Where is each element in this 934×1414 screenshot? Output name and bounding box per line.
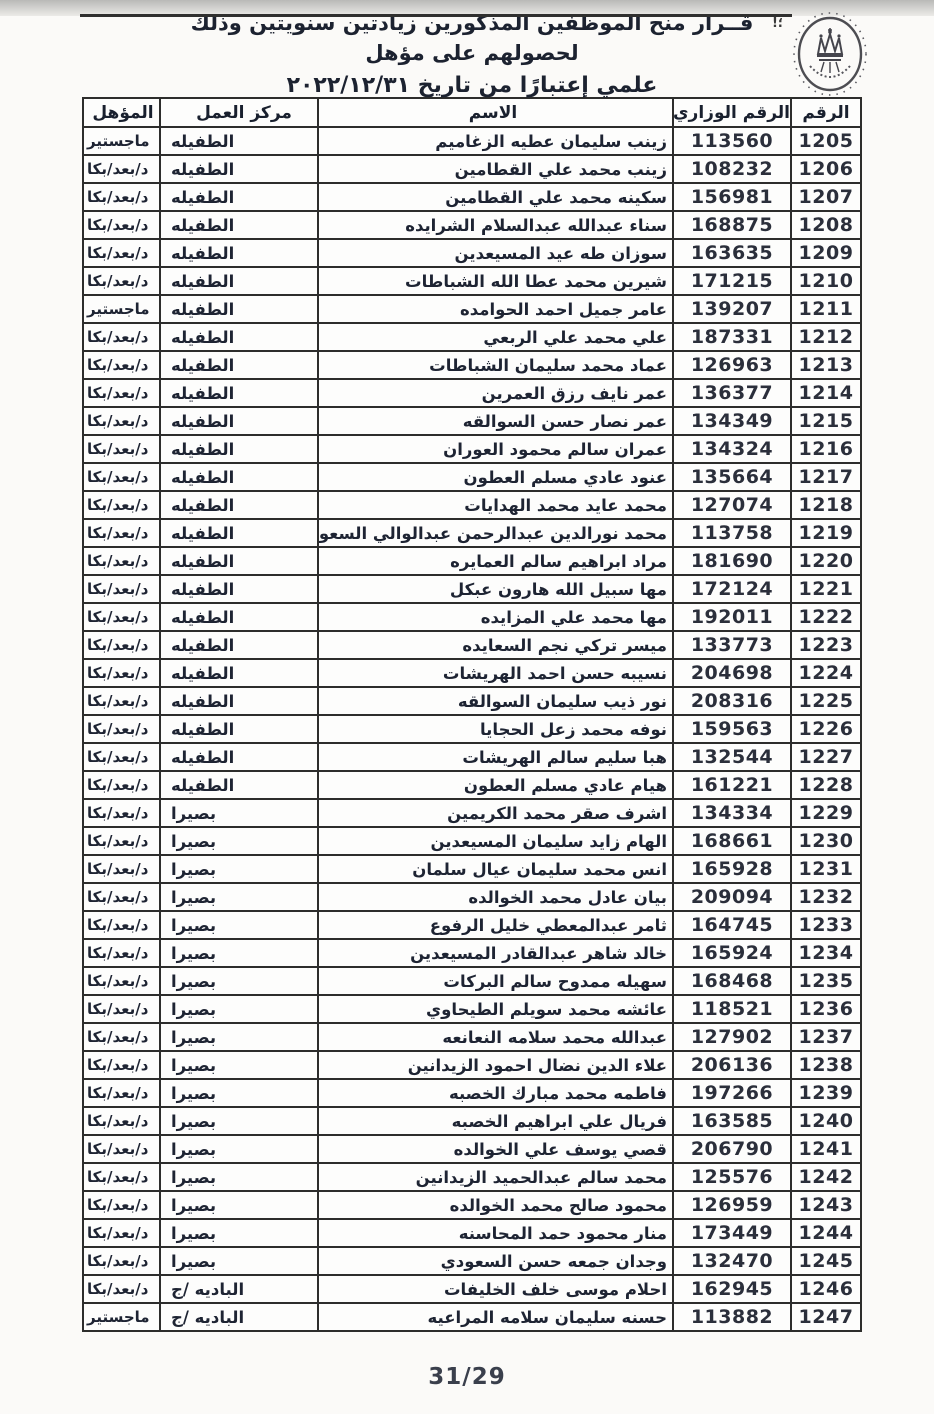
scan-top-rule: [80, 14, 792, 17]
decree-title: قــرار منح الموظفين المذكورين زيادتين سن…: [160, 8, 784, 102]
cell-qualification: د/بعد/بكا: [83, 491, 160, 519]
cell-num: 1246: [791, 1275, 861, 1303]
cell-work_center: الطفيله: [160, 127, 318, 155]
header-name: الاسم: [318, 98, 673, 127]
table-row: 1226159563نوفه محمد زعل الحجاياالطفيلهد/…: [83, 715, 861, 743]
cell-name: محمود صالح محمد الخوالده: [318, 1191, 673, 1219]
cell-ministry_num: 163585: [673, 1107, 791, 1135]
cell-name: ميسر تركي نجم السعايده: [318, 631, 673, 659]
cell-ministry_num: 113560: [673, 127, 791, 155]
cell-num: 1241: [791, 1135, 861, 1163]
cell-qualification: د/بعد/بكا: [83, 575, 160, 603]
table-row: 1241206790قصي يوسف علي الخوالدهبصيراد/بع…: [83, 1135, 861, 1163]
cell-num: 1218: [791, 491, 861, 519]
table-row: 1234165924خالد شاهر عبدالقادر المسيعدينب…: [83, 939, 861, 967]
cell-qualification: د/بعد/بكا: [83, 1275, 160, 1303]
cell-ministry_num: 113882: [673, 1303, 791, 1331]
cell-ministry_num: 204698: [673, 659, 791, 687]
cell-work_center: بصيرا: [160, 1247, 318, 1275]
table-row: 1245132470وجدان جمعه حسن السعوديبصيراد/ب…: [83, 1247, 861, 1275]
cell-ministry_num: 159563: [673, 715, 791, 743]
cell-num: 1214: [791, 379, 861, 407]
table-row: 1229134334اشرف صقر محمد الكريمينبصيراد/ب…: [83, 799, 861, 827]
cell-qualification: د/بعد/بكا: [83, 687, 160, 715]
cell-qualification: ماجستير: [83, 1303, 160, 1331]
cell-num: 1207: [791, 183, 861, 211]
cell-num: 1215: [791, 407, 861, 435]
cell-name: زينب سليمان عطيه الزغاميم: [318, 127, 673, 155]
cell-qualification: د/بعد/بكا: [83, 1023, 160, 1051]
ministry-crest-icon: [788, 8, 872, 100]
cell-name: نوفه محمد زعل الحجايا: [318, 715, 673, 743]
cell-ministry_num: 118521: [673, 995, 791, 1023]
table-header-row: الرقم الرقم الوزاري الاسم مركز العمل الم…: [83, 98, 861, 127]
cell-name: عمران سالم محمود العوران: [318, 435, 673, 463]
employee-roster-table: الرقم الرقم الوزاري الاسم مركز العمل الم…: [82, 97, 862, 1332]
cell-num: 1236: [791, 995, 861, 1023]
cell-ministry_num: 113758: [673, 519, 791, 547]
cell-work_center: بصيرا: [160, 1107, 318, 1135]
cell-num: 1231: [791, 855, 861, 883]
cell-num: 1234: [791, 939, 861, 967]
cell-qualification: ماجستير: [83, 295, 160, 323]
cell-name: قصي يوسف علي الخوالده: [318, 1135, 673, 1163]
cell-work_center: الطفيله: [160, 239, 318, 267]
cell-ministry_num: 134324: [673, 435, 791, 463]
table-row: 1214136377عمر نايف رزق العمرينالطفيلهد/ب…: [83, 379, 861, 407]
cell-qualification: د/بعد/بكا: [83, 827, 160, 855]
table-row: 1216134324عمران سالم محمود العورانالطفيل…: [83, 435, 861, 463]
cell-num: 1242: [791, 1163, 861, 1191]
header-ministry-number: الرقم الوزاري: [673, 98, 791, 127]
cell-num: 1205: [791, 127, 861, 155]
cell-work_center: بصيرا: [160, 1051, 318, 1079]
cell-ministry_num: 139207: [673, 295, 791, 323]
cell-num: 1225: [791, 687, 861, 715]
table-row: 1227132544هبا سليم سالم الهريشاتالطفيلهد…: [83, 743, 861, 771]
cell-ministry_num: 126959: [673, 1191, 791, 1219]
cell-qualification: د/بعد/بكا: [83, 1191, 160, 1219]
table-row: 1212187331علي محمد علي الربعيالطفيلهد/بع…: [83, 323, 861, 351]
cell-num: 1222: [791, 603, 861, 631]
table-row: 1238206136علاء الدين نضال احمود الزيداني…: [83, 1051, 861, 1079]
cell-work_center: الطفيله: [160, 519, 318, 547]
cell-work_center: بصيرا: [160, 939, 318, 967]
cell-name: نور ذيب سليمان السوالقه: [318, 687, 673, 715]
cell-name: سهيله ممدوح سالم البركات: [318, 967, 673, 995]
cell-qualification: د/بعد/بكا: [83, 183, 160, 211]
table-row: 1244173449منار محمود حمد المحاسنهبصيراد/…: [83, 1219, 861, 1247]
cell-name: عنود عادي مسلم العطون: [318, 463, 673, 491]
cell-qualification: د/بعد/بكا: [83, 603, 160, 631]
cell-name: عمر نصار حسن السوالقه: [318, 407, 673, 435]
cell-work_center: الطفيله: [160, 183, 318, 211]
cell-qualification: د/بعد/بكا: [83, 1107, 160, 1135]
cell-qualification: د/بعد/بكا: [83, 1135, 160, 1163]
cell-name: وجدان جمعه حسن السعودي: [318, 1247, 673, 1275]
cell-name: مراد ابراهيم سالم العمايره: [318, 547, 673, 575]
cell-qualification: د/بعد/بكا: [83, 799, 160, 827]
table-row: 1231165928انس محمد سليمان عيال سلمانبصير…: [83, 855, 861, 883]
table-row: 1237127902عبدالله محمد سلامه النعانعهبصي…: [83, 1023, 861, 1051]
cell-num: 1237: [791, 1023, 861, 1051]
cell-name: عماد محمد سليمان الشباطات: [318, 351, 673, 379]
cell-num: 1223: [791, 631, 861, 659]
cell-qualification: د/بعد/بكا: [83, 463, 160, 491]
cell-ministry_num: 134334: [673, 799, 791, 827]
cell-ministry_num: 127902: [673, 1023, 791, 1051]
cell-qualification: د/بعد/بكا: [83, 435, 160, 463]
cell-work_center: الطفيله: [160, 295, 318, 323]
cell-num: 1209: [791, 239, 861, 267]
cell-num: 1210: [791, 267, 861, 295]
table-row: 1242125576محمد سالم عبدالحميد الزيدانينب…: [83, 1163, 861, 1191]
cell-num: 1212: [791, 323, 861, 351]
cell-qualification: د/بعد/بكا: [83, 519, 160, 547]
table-body: 1205113560زينب سليمان عطيه الزغاميمالطفي…: [83, 127, 861, 1331]
table-row: 1215134349عمر نصار حسن السوالقهالطفيلهد/…: [83, 407, 861, 435]
cell-ministry_num: 197266: [673, 1079, 791, 1107]
cell-name: عمر نايف رزق العمرين: [318, 379, 673, 407]
cell-ministry_num: 168875: [673, 211, 791, 239]
cell-name: علاء الدين نضال احمود الزيدانين: [318, 1051, 673, 1079]
cell-ministry_num: 206136: [673, 1051, 791, 1079]
table-row: 1222192011مها محمد علي المزايدهالطفيلهد/…: [83, 603, 861, 631]
cell-name: سكينه محمد علي القطامين: [318, 183, 673, 211]
cell-name: محمد عايد محمد الهدايات: [318, 491, 673, 519]
cell-work_center: الطفيله: [160, 435, 318, 463]
cell-name: محمد نورالدين عبدالرحمن عبدالوالي السعود…: [318, 519, 673, 547]
cell-name: ثامر عبدالمعطي خليل الرفوع: [318, 911, 673, 939]
cell-num: 1220: [791, 547, 861, 575]
cell-work_center: الطفيله: [160, 491, 318, 519]
cell-work_center: الطفيله: [160, 323, 318, 351]
cell-work_center: الطفيله: [160, 267, 318, 295]
cell-ministry_num: 135664: [673, 463, 791, 491]
cell-ministry_num: 171215: [673, 267, 791, 295]
cell-qualification: د/بعد/بكا: [83, 407, 160, 435]
cell-num: 1240: [791, 1107, 861, 1135]
cell-name: بيان عادل محمد الخوالده: [318, 883, 673, 911]
header-number: الرقم: [791, 98, 861, 127]
cell-work_center: بصيرا: [160, 1219, 318, 1247]
cell-ministry_num: 168468: [673, 967, 791, 995]
cell-num: 1229: [791, 799, 861, 827]
table-row: 1218127074محمد عايد محمد الهداياتالطفيله…: [83, 491, 861, 519]
table-row: 1220181690مراد ابراهيم سالم العمايرهالطف…: [83, 547, 861, 575]
cell-work_center: الطفيله: [160, 575, 318, 603]
cell-work_center: بصيرا: [160, 995, 318, 1023]
cell-qualification: د/بعد/بكا: [83, 771, 160, 799]
cell-qualification: د/بعد/بكا: [83, 351, 160, 379]
cell-name: حسنه سليمان سلامه المراعيه: [318, 1303, 673, 1331]
table-row: 1239197266فاطمه محمد مبارك الخصبهبصيراد/…: [83, 1079, 861, 1107]
cell-work_center: الطفيله: [160, 463, 318, 491]
cell-work_center: بصيرا: [160, 1079, 318, 1107]
cell-name: نسيبه حسن احمد الهريشات: [318, 659, 673, 687]
cell-work_center: الباديه /ج: [160, 1275, 318, 1303]
cell-num: 1243: [791, 1191, 861, 1219]
cell-ministry_num: 163635: [673, 239, 791, 267]
cell-work_center: الطفيله: [160, 687, 318, 715]
cell-work_center: بصيرا: [160, 911, 318, 939]
cell-name: فريال علي ابراهيم الخصبه: [318, 1107, 673, 1135]
cell-ministry_num: 165928: [673, 855, 791, 883]
cell-ministry_num: 206790: [673, 1135, 791, 1163]
cell-qualification: د/بعد/بكا: [83, 715, 160, 743]
cell-work_center: بصيرا: [160, 883, 318, 911]
cell-work_center: الطفيله: [160, 351, 318, 379]
cell-ministry_num: 173449: [673, 1219, 791, 1247]
table-row: 1217135664عنود عادي مسلم العطونالطفيلهد/…: [83, 463, 861, 491]
cell-num: 1244: [791, 1219, 861, 1247]
cell-name: الهام زايد سليمان المسيعدين: [318, 827, 673, 855]
cell-work_center: بصيرا: [160, 1023, 318, 1051]
cell-ministry_num: 133773: [673, 631, 791, 659]
cell-qualification: د/بعد/بكا: [83, 211, 160, 239]
cell-qualification: د/بعد/بكا: [83, 379, 160, 407]
cell-name: سوزان طه عيد المسيعدين: [318, 239, 673, 267]
cell-num: 1224: [791, 659, 861, 687]
cell-qualification: ماجستير: [83, 127, 160, 155]
cell-name: علي محمد علي الربعي: [318, 323, 673, 351]
table-row: 1207156981سكينه محمد علي القطامينالطفيله…: [83, 183, 861, 211]
cell-ministry_num: 108232: [673, 155, 791, 183]
cell-name: محمد سالم عبدالحميد الزيدانين: [318, 1163, 673, 1191]
table-row: 1230168661الهام زايد سليمان المسيعدينبصي…: [83, 827, 861, 855]
cell-name: سناء عبدالله عبدالسلام الشرايده: [318, 211, 673, 239]
table-row: 1205113560زينب سليمان عطيه الزغاميمالطفي…: [83, 127, 861, 155]
cell-work_center: بصيرا: [160, 827, 318, 855]
cell-qualification: د/بعد/بكا: [83, 967, 160, 995]
cell-ministry_num: 132470: [673, 1247, 791, 1275]
cell-num: 1230: [791, 827, 861, 855]
table-row: 1221172124مها سبيل الله هارون عبكلالطفيل…: [83, 575, 861, 603]
table-row: 1232209094بيان عادل محمد الخوالدهبصيراد/…: [83, 883, 861, 911]
cell-num: 1208: [791, 211, 861, 239]
cell-name: عامر جميل احمد الحوامده: [318, 295, 673, 323]
cell-qualification: د/بعد/بكا: [83, 1079, 160, 1107]
cell-num: 1245: [791, 1247, 861, 1275]
cell-ministry_num: 192011: [673, 603, 791, 631]
cell-num: 1235: [791, 967, 861, 995]
cell-work_center: الطفيله: [160, 659, 318, 687]
cell-num: 1216: [791, 435, 861, 463]
cell-ministry_num: 127074: [673, 491, 791, 519]
cell-num: 1232: [791, 883, 861, 911]
cell-num: 1239: [791, 1079, 861, 1107]
cell-work_center: بصيرا: [160, 1135, 318, 1163]
header-work-center: مركز العمل: [160, 98, 318, 127]
cell-work_center: بصيرا: [160, 967, 318, 995]
cell-name: عائشه محمد سويلم الطيحاوي: [318, 995, 673, 1023]
cell-name: شيرين محمد عطا الله الشباطات: [318, 267, 673, 295]
table-row: 1213126963عماد محمد سليمان الشباطاتالطفي…: [83, 351, 861, 379]
cell-ministry_num: 125576: [673, 1163, 791, 1191]
table-row: 1224204698نسيبه حسن احمد الهريشاتالطفيله…: [83, 659, 861, 687]
cell-ministry_num: 156981: [673, 183, 791, 211]
cell-num: 1217: [791, 463, 861, 491]
cell-qualification: د/بعد/بكا: [83, 855, 160, 883]
cell-work_center: بصيرا: [160, 855, 318, 883]
cell-work_center: الطفيله: [160, 379, 318, 407]
cell-ministry_num: 164745: [673, 911, 791, 939]
page-number: 31/29: [0, 1364, 934, 1390]
cell-name: فاطمه محمد مبارك الخصبه: [318, 1079, 673, 1107]
cell-ministry_num: 165924: [673, 939, 791, 967]
cell-num: 1206: [791, 155, 861, 183]
cell-work_center: الطفيله: [160, 155, 318, 183]
cell-name: منار محمود حمد المحاسنه: [318, 1219, 673, 1247]
cell-ministry_num: 209094: [673, 883, 791, 911]
cell-name: هبا سليم سالم الهريشات: [318, 743, 673, 771]
table-row: 1235168468سهيله ممدوح سالم البركاتبصيراد…: [83, 967, 861, 995]
cell-qualification: د/بعد/بكا: [83, 1219, 160, 1247]
scanned-document-page: قــرار منح الموظفين المذكورين زيادتين سن…: [0, 0, 934, 1414]
cell-num: 1227: [791, 743, 861, 771]
cell-name: احلام موسى خلف الخليفات: [318, 1275, 673, 1303]
cell-num: 1247: [791, 1303, 861, 1331]
cell-ministry_num: 172124: [673, 575, 791, 603]
cell-ministry_num: 136377: [673, 379, 791, 407]
cell-qualification: د/بعد/بكا: [83, 939, 160, 967]
cell-name: مها سبيل الله هارون عبكل: [318, 575, 673, 603]
cell-work_center: بصيرا: [160, 1163, 318, 1191]
decree-title-line1: قــرار منح الموظفين المذكورين زيادتين سن…: [160, 8, 784, 68]
table-row: 1211139207عامر جميل احمد الحوامدهالطفيله…: [83, 295, 861, 323]
cell-work_center: بصيرا: [160, 1191, 318, 1219]
decree-title-line2: علمي إعتبارًا من تاريخ ٢٠٢٢/١٢/٣١: [160, 70, 784, 102]
cell-ministry_num: 161221: [673, 771, 791, 799]
cell-work_center: الطفيله: [160, 771, 318, 799]
table-row: 1236118521عائشه محمد سويلم الطيحاويبصيرا…: [83, 995, 861, 1023]
cell-ministry_num: 181690: [673, 547, 791, 575]
cell-qualification: د/بعد/بكا: [83, 995, 160, 1023]
cell-qualification: د/بعد/بكا: [83, 267, 160, 295]
table-row: 1233164745ثامر عبدالمعطي خليل الرفوعبصير…: [83, 911, 861, 939]
cell-name: اشرف صقر محمد الكريمين: [318, 799, 673, 827]
cell-ministry_num: 162945: [673, 1275, 791, 1303]
cell-work_center: الطفيله: [160, 715, 318, 743]
table-row: 1219113758محمد نورالدين عبدالرحمن عبدالو…: [83, 519, 861, 547]
cell-num: 1219: [791, 519, 861, 547]
cell-work_center: الطفيله: [160, 407, 318, 435]
cell-work_center: الباديه /ج: [160, 1303, 318, 1331]
cell-num: 1211: [791, 295, 861, 323]
table-row: 1210171215شيرين محمد عطا الله الشباطاتال…: [83, 267, 861, 295]
table-row: 1209163635سوزان طه عيد المسيعدينالطفيلهد…: [83, 239, 861, 267]
scan-speck-marks: ؛!: [772, 16, 783, 31]
table-row: 1243126959محمود صالح محمد الخوالدهبصيراد…: [83, 1191, 861, 1219]
cell-name: عبدالله محمد سلامه النعانعه: [318, 1023, 673, 1051]
cell-name: انس محمد سليمان عيال سلمان: [318, 855, 673, 883]
header-qualification: المؤهل: [83, 98, 160, 127]
cell-qualification: د/بعد/بكا: [83, 323, 160, 351]
cell-ministry_num: 132544: [673, 743, 791, 771]
cell-num: 1221: [791, 575, 861, 603]
cell-qualification: د/بعد/بكا: [83, 1163, 160, 1191]
cell-work_center: الطفيله: [160, 631, 318, 659]
cell-qualification: د/بعد/بكا: [83, 911, 160, 939]
cell-work_center: الطفيله: [160, 547, 318, 575]
cell-name: خالد شاهر عبدالقادر المسيعدين: [318, 939, 673, 967]
cell-qualification: د/بعد/بكا: [83, 1247, 160, 1275]
cell-qualification: د/بعد/بكا: [83, 547, 160, 575]
cell-qualification: د/بعد/بكا: [83, 239, 160, 267]
table-row: 1208168875سناء عبدالله عبدالسلام الشرايد…: [83, 211, 861, 239]
cell-num: 1228: [791, 771, 861, 799]
cell-name: هيام عادي مسلم العطون: [318, 771, 673, 799]
cell-ministry_num: 168661: [673, 827, 791, 855]
table-row: 1225208316نور ذيب سليمان السوالقهالطفيله…: [83, 687, 861, 715]
cell-ministry_num: 208316: [673, 687, 791, 715]
cell-qualification: د/بعد/بكا: [83, 631, 160, 659]
cell-work_center: الطفيله: [160, 743, 318, 771]
cell-ministry_num: 187331: [673, 323, 791, 351]
cell-name: مها محمد علي المزايده: [318, 603, 673, 631]
cell-num: 1226: [791, 715, 861, 743]
cell-work_center: الطفيله: [160, 603, 318, 631]
cell-qualification: د/بعد/بكا: [83, 659, 160, 687]
cell-qualification: د/بعد/بكا: [83, 1051, 160, 1079]
table-header: الرقم الرقم الوزاري الاسم مركز العمل الم…: [83, 98, 861, 127]
table-row: 1223133773ميسر تركي نجم السعايدهالطفيلهد…: [83, 631, 861, 659]
cell-name: زينب محمد علي القطامين: [318, 155, 673, 183]
table-row: 1247113882حسنه سليمان سلامه المراعيهالبا…: [83, 1303, 861, 1331]
cell-qualification: د/بعد/بكا: [83, 155, 160, 183]
cell-num: 1233: [791, 911, 861, 939]
cell-num: 1213: [791, 351, 861, 379]
table-row: 1246162945احلام موسى خلف الخليفاتالباديه…: [83, 1275, 861, 1303]
cell-ministry_num: 126963: [673, 351, 791, 379]
cell-num: 1238: [791, 1051, 861, 1079]
table-row: 1206108232زينب محمد علي القطامينالطفيلهد…: [83, 155, 861, 183]
table-row: 1228161221هيام عادي مسلم العطونالطفيلهد/…: [83, 771, 861, 799]
cell-ministry_num: 134349: [673, 407, 791, 435]
cell-work_center: الطفيله: [160, 211, 318, 239]
table-row: 1240163585فريال علي ابراهيم الخصبهبصيراد…: [83, 1107, 861, 1135]
cell-qualification: د/بعد/بكا: [83, 743, 160, 771]
cell-qualification: د/بعد/بكا: [83, 883, 160, 911]
cell-work_center: بصيرا: [160, 799, 318, 827]
